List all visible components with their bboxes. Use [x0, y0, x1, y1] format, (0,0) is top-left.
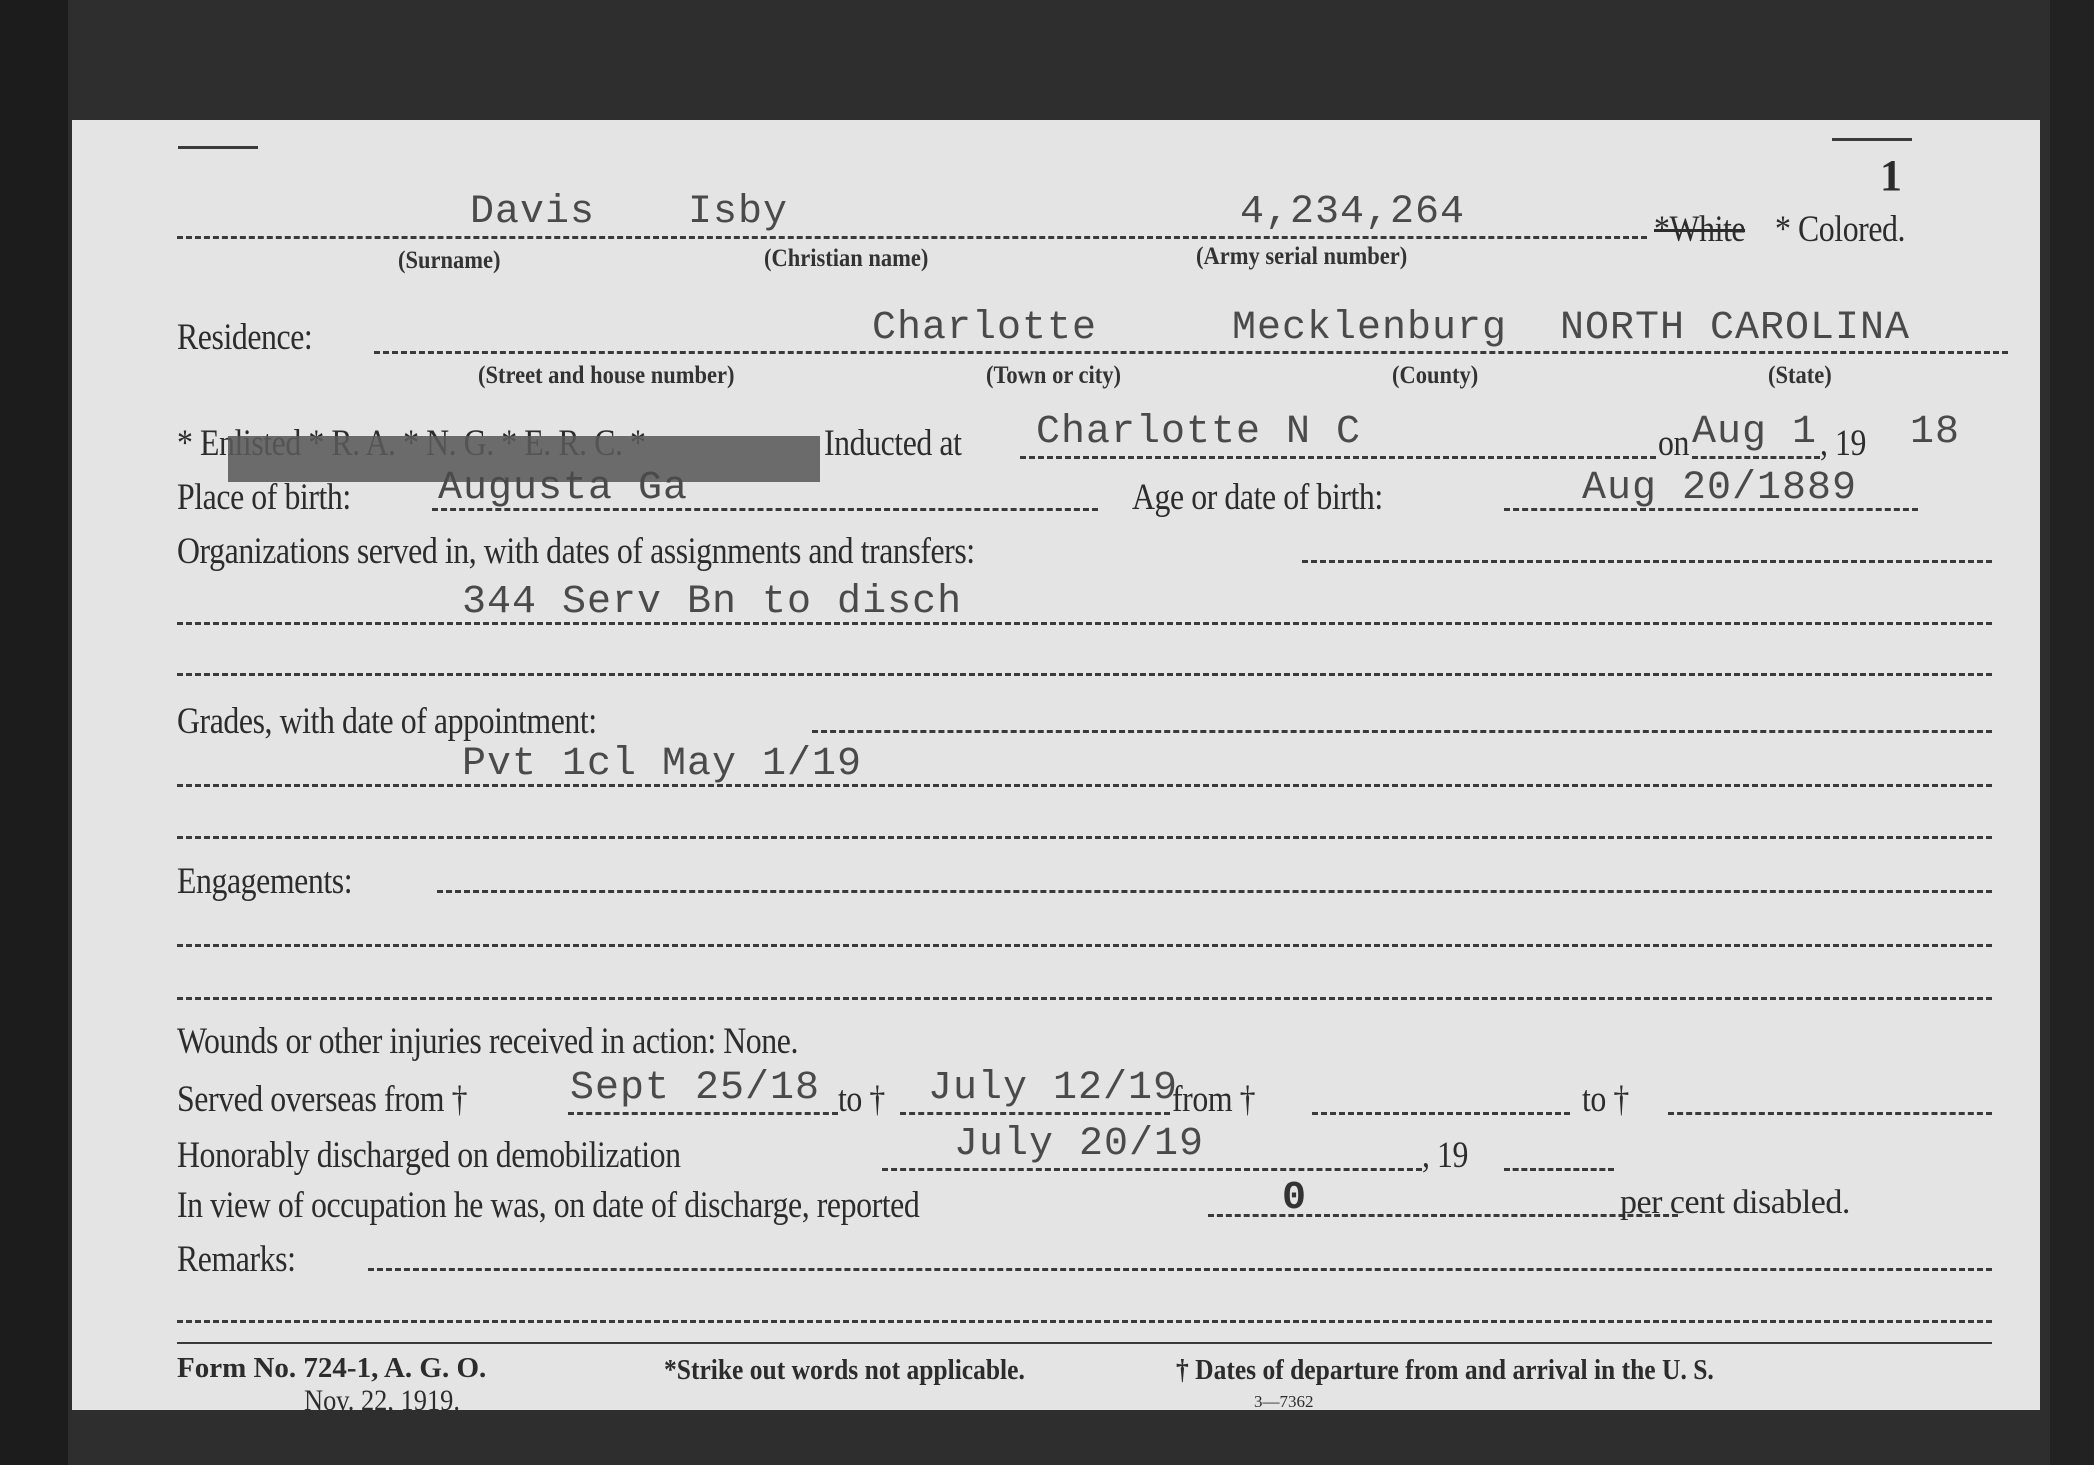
date-of-birth-line	[1504, 508, 1918, 511]
overseas-to-value: July 12/19	[928, 1066, 1178, 1111]
discharge-date-value: July 20/19	[954, 1122, 1204, 1167]
engagements-line-2	[177, 944, 1992, 947]
disability-label: In view of occupation he was, on date of…	[177, 1184, 919, 1227]
grades-line-1	[812, 730, 1992, 733]
serial-caption: (Army serial number)	[1196, 243, 1407, 271]
discharge-label: Honorably discharged on demobilization	[177, 1134, 681, 1177]
year-prefix: , 19	[1820, 422, 1866, 465]
organizations-line-3	[177, 673, 1992, 676]
residence-line	[374, 351, 2008, 354]
engagements-line-1	[437, 890, 1992, 893]
county-caption: (County)	[1392, 362, 1478, 390]
footer-rule	[177, 1342, 1992, 1344]
disability-suffix: per cent disabled.	[1620, 1184, 1850, 1222]
grades-line-2	[177, 784, 1992, 787]
organizations-value: 344 Serv Bn to disch	[462, 580, 962, 625]
overseas-from-label-2: from †	[1172, 1078, 1255, 1121]
residence-state-value: NORTH CAROLINA	[1560, 306, 1910, 351]
service-record-card: 1 Davis Isby 4,234,264 *White * Colored.…	[72, 120, 2040, 1410]
disability-line	[1208, 1214, 1678, 1217]
inducted-at-value: Charlotte N C	[1036, 410, 1361, 455]
state-caption: (State)	[1768, 362, 1832, 390]
overseas-from-value: Sept 25/18	[570, 1066, 820, 1111]
overseas-to-label: to †	[838, 1078, 885, 1121]
organizations-line-1	[1302, 560, 1992, 563]
overseas-to-line	[900, 1112, 1170, 1115]
remarks-line-2	[177, 1320, 1992, 1323]
organizations-line-2	[177, 622, 1992, 625]
discharge-line	[882, 1168, 1422, 1171]
residence-label: Residence:	[177, 316, 312, 359]
engagements-line-3	[177, 997, 1992, 1000]
organizations-label: Organizations served in, with dates of a…	[177, 530, 975, 573]
inducted-year-value: 18	[1910, 410, 1960, 455]
scan-border-right	[2050, 0, 2094, 1465]
date-of-birth-value: Aug 20/1889	[1582, 466, 1857, 511]
age-label: Age or date of birth:	[1132, 476, 1383, 519]
race-white-option: *White	[1654, 208, 1745, 251]
strike-out-note: *Strike out words not applicable.	[664, 1354, 1025, 1387]
race-colored-option: * Colored.	[1775, 208, 1905, 251]
place-of-birth-line	[432, 508, 1098, 511]
wounds-label: Wounds or other injuries received in act…	[177, 1020, 798, 1063]
inducted-line	[1020, 456, 1656, 459]
serial-number-value: 4,234,264	[1240, 190, 1465, 235]
residence-town-value: Charlotte	[872, 306, 1097, 351]
grades-line-3	[177, 836, 1992, 839]
discharge-year-line	[1504, 1168, 1614, 1171]
overseas-from-line	[568, 1112, 838, 1115]
overseas-to-label-2: to †	[1582, 1078, 1629, 1121]
overseas-to-line-2	[1668, 1112, 1992, 1115]
dates-note: † Dates of departure from and arrival in…	[1176, 1354, 1714, 1387]
overseas-from-line-2	[1312, 1112, 1570, 1115]
top-left-mark	[178, 146, 258, 149]
top-right-mark	[1832, 138, 1912, 141]
christian-name-caption: (Christian name)	[764, 245, 928, 273]
street-caption: (Street and house number)	[478, 362, 734, 390]
surname-value: Davis	[470, 190, 595, 235]
form-number: Form No. 724-1, A. G. O.	[177, 1352, 486, 1385]
inducted-label: Inducted at	[824, 422, 962, 465]
town-caption: (Town or city)	[986, 362, 1121, 390]
grades-value: Pvt 1cl May 1/19	[462, 742, 862, 787]
inducted-date-value: Aug 1	[1692, 410, 1817, 455]
surname-caption: (Surname)	[398, 247, 501, 275]
card-number: 1	[1880, 150, 1902, 201]
scan-border-left	[0, 0, 68, 1465]
print-code: 3—7362	[1254, 1392, 1314, 1412]
discharge-year-prefix: , 19	[1422, 1134, 1468, 1177]
inducted-date-line	[1692, 456, 1820, 459]
engagements-label: Engagements:	[177, 860, 352, 903]
remarks-label: Remarks:	[177, 1238, 296, 1281]
place-of-birth-label: Place of birth:	[177, 476, 351, 519]
remarks-line-1	[368, 1268, 1992, 1271]
on-label: on	[1658, 422, 1689, 465]
name-line	[177, 236, 1647, 239]
overseas-label: Served overseas from †	[177, 1078, 467, 1121]
place-of-birth-value: Augusta Ga	[438, 466, 688, 511]
form-date: Nov. 22, 1919.	[304, 1384, 460, 1418]
christian-name-value: Isby	[688, 190, 788, 235]
grades-label: Grades, with date of appointment:	[177, 700, 597, 743]
residence-county-value: Mecklenburg	[1232, 306, 1507, 351]
